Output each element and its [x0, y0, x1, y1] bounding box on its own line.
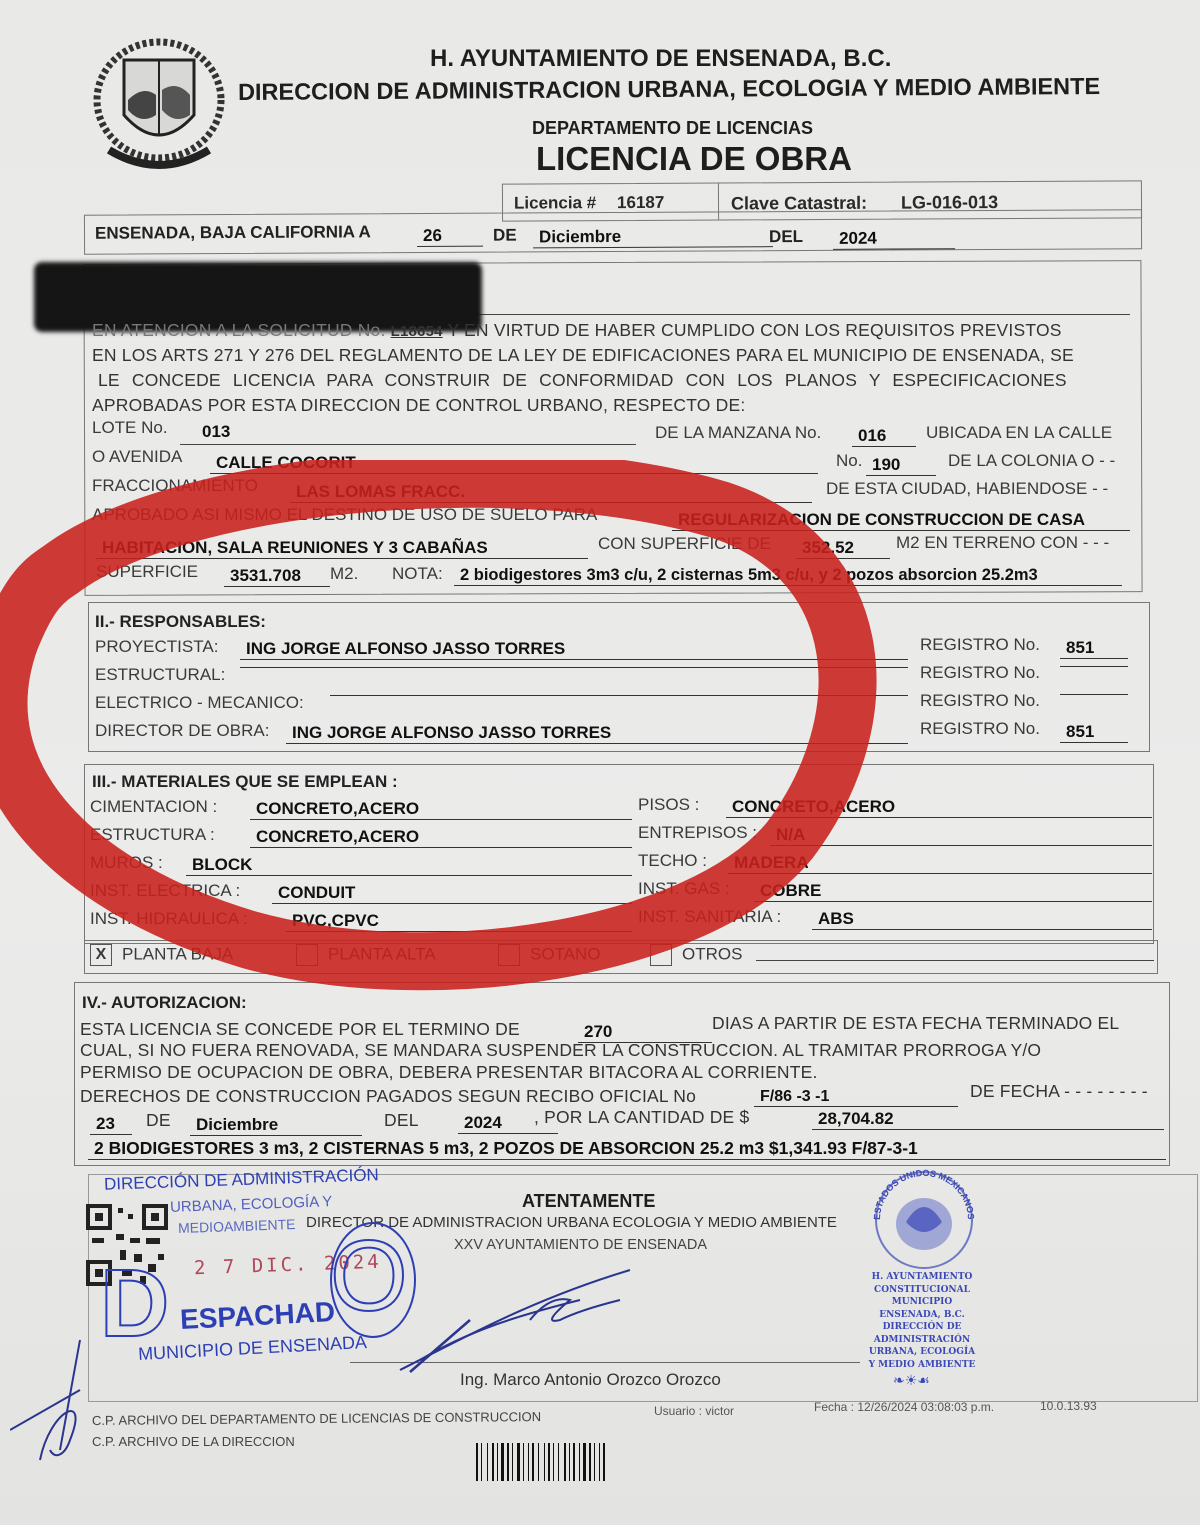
- material-label: ESTRUCTURA :: [90, 825, 215, 845]
- cantidad-value: 28,704.82: [812, 1109, 1164, 1130]
- material-value: MADERA: [728, 853, 1152, 874]
- date-de: DE: [493, 226, 517, 246]
- level-checkbox[interactable]: XPLANTA BAJA: [90, 944, 233, 966]
- registro-value: [1060, 694, 1128, 695]
- level-checkbox[interactable]: SOTANO: [498, 944, 601, 966]
- superficie-label: CON SUPERFICIE DE: [598, 534, 771, 554]
- autorizacion-line-2: CUAL, SI NO FUERA RENOVADA, SE MANDARA S…: [80, 1040, 1041, 1061]
- uso-suelo-value-2: HABITACION, SALA REUNIONES Y 3 CABAÑAS: [96, 538, 588, 559]
- material-label: ENTREPISOS :: [638, 823, 757, 843]
- ubicada-label: UBICADA EN LA CALLE: [926, 423, 1112, 443]
- paragraph-line-4: APROBADAS POR ESTA DIRECCION DE CONTROL …: [92, 395, 745, 416]
- checkbox[interactable]: [296, 944, 318, 966]
- lote-label: LOTE No.: [92, 418, 168, 438]
- level-checkbox[interactable]: OTROS: [650, 944, 742, 966]
- responsable-name: [330, 695, 908, 696]
- material-label: PISOS :: [638, 795, 699, 815]
- superficie-value: 352.52: [796, 538, 890, 559]
- cantidad-label: , POR LA CANTIDAD DE $: [534, 1107, 749, 1128]
- superficie-terreno-label: SUPERFICIE: [96, 562, 198, 582]
- seal-line: MUNICIPIO: [862, 1296, 982, 1309]
- ip-address: 10.0.13.93: [1040, 1399, 1097, 1413]
- lote-underline: [180, 444, 636, 445]
- page-title: LICENCIA DE OBRA: [536, 140, 852, 178]
- nota-value: 2 biodigestores 3m3 c/u, 2 cisternas 5m3…: [454, 566, 1122, 586]
- atentamente: ATENTAMENTE: [522, 1191, 655, 1212]
- registro-label: REGISTRO No.: [920, 635, 1040, 655]
- fraccionamiento-label: FRACCIONAMIENTO: [92, 476, 258, 496]
- material-value: CONCRETO,ACERO: [250, 827, 632, 848]
- manzana-label: DE LA MANZANA No.: [655, 423, 821, 443]
- section-4-title: IV.- AUTORIZACION:: [82, 993, 247, 1013]
- pago-day: 23: [90, 1114, 132, 1135]
- registro-label: REGISTRO No.: [920, 691, 1040, 711]
- fraccionamiento-value: LAS LOMAS FRACC.: [290, 482, 812, 503]
- solicitud-line: EN ATENCION A LA SOLICITUD No. L18654 Y …: [92, 320, 1062, 341]
- licencia-label: Licencia #: [514, 193, 596, 213]
- uso-suelo-value-1: REGULARIZACION DE CONSTRUCCION DE CASA: [672, 510, 1130, 531]
- recibo-fecha-label: DE FECHA - - - - - - - -: [970, 1081, 1148, 1102]
- solicitud-number: L18654: [391, 323, 443, 340]
- section-3-title: III.- MATERIALES QUE SE EMPLEAN :: [92, 772, 398, 792]
- cc-archivo-direccion: C.P. ARCHIVO DE LA DIRECCION: [92, 1434, 295, 1449]
- usuario-label: Usuario : victor: [654, 1404, 734, 1418]
- material-label: INST. ELECTRICA :: [90, 881, 240, 901]
- solicitud-label: EN ATENCION A LA SOLICITUD No.: [92, 320, 386, 340]
- pago-de: DE: [146, 1110, 171, 1131]
- ayuntamiento-name: XXV AYUNTAMIENTO DE ENSENADA: [454, 1237, 707, 1253]
- material-label: INST. SANITARIA :: [638, 907, 781, 927]
- responsable-label: DIRECTOR DE OBRA:: [95, 721, 269, 741]
- level-label: SOTANO: [530, 944, 601, 963]
- seal-line: URBANA, ECOLOGÍA: [862, 1346, 982, 1359]
- date-day: 26: [417, 226, 483, 247]
- official-seal-icon: ESTADOS UNIDOS MEXICANOS: [866, 1162, 982, 1270]
- stamp-big-d: D: [100, 1256, 169, 1352]
- level-label: PLANTA BAJA: [122, 944, 233, 963]
- material-value: COBRE: [754, 881, 1152, 902]
- uso-suelo-label: APROBADO ASI MISMO EL DESTINO DE USO DE …: [92, 505, 597, 525]
- checkbox[interactable]: [498, 944, 520, 966]
- license-document: H. AYUNTAMIENTO DE ENSENADA, B.C. DIRECC…: [0, 0, 1200, 1525]
- seal-text: H. AYUNTAMIENTOCONSTITUCIONALMUNICIPIOEN…: [862, 1271, 982, 1371]
- responsable-name: [240, 667, 908, 668]
- superficie-terreno-value: 3531.708: [224, 566, 330, 587]
- header-line-1: H. AYUNTAMIENTO DE ENSENADA, B.C.: [430, 45, 891, 73]
- responsable-label: PROYECTISTA:: [95, 637, 218, 657]
- material-value: CONCRETO,ACERO: [726, 797, 1152, 818]
- ciudad-label: DE ESTA CIUDAD, HABIENDOSE - -: [826, 479, 1108, 499]
- checkbox[interactable]: [650, 944, 672, 966]
- header-department: DEPARTAMENTO DE LICENCIAS: [532, 118, 813, 139]
- paragraph-line-2: EN LOS ARTS 271 Y 276 DEL REGLAMENTO DE …: [92, 345, 1074, 366]
- checkbox[interactable]: X: [90, 944, 112, 966]
- terreno-label: M2 EN TERRENO CON - - -: [896, 533, 1109, 553]
- seal-ornament-icon: ❧☀☙: [893, 1372, 930, 1389]
- material-label: MUROS :: [90, 853, 163, 873]
- section-2-title: II.- RESPONSABLES:: [95, 612, 266, 632]
- recibo-label: DERECHOS DE CONSTRUCCION PAGADOS SEGUN R…: [80, 1086, 696, 1107]
- stamp-o-ring: [330, 1222, 416, 1338]
- seal-line: CONSTITUCIONAL: [862, 1284, 982, 1297]
- responsable-name: ING JORGE ALFONSO JASSO TORRES: [240, 639, 908, 660]
- m2-label: M2.: [330, 564, 358, 584]
- date-del: DEL: [769, 227, 803, 247]
- material-value: CONDUIT: [272, 883, 632, 904]
- numero-value: 190: [866, 455, 936, 476]
- avenida-label: O AVENIDA: [92, 447, 182, 467]
- registro-value: 851: [1060, 638, 1128, 659]
- date-prefix: ENSENADA, BAJA CALIFORNIA A: [95, 222, 371, 243]
- colonia-label: DE LA COLONIA O - -: [948, 451, 1115, 471]
- responsable-name: ING JORGE ALFONSO JASSO TORRES: [286, 723, 908, 744]
- fecha-impresion: Fecha : 12/26/2024 03:08:03 p.m.: [814, 1400, 994, 1414]
- registro-value: 851: [1060, 722, 1128, 743]
- material-label: INST. GAS :: [638, 879, 730, 899]
- seal-line: Y MEDIO AMBIENTE: [862, 1359, 982, 1372]
- date-row: ENSENADA, BAJA CALIFORNIA A 26 DE Diciem…: [84, 209, 1142, 255]
- seal-line: DIRECCIÓN DE: [862, 1321, 982, 1334]
- termino-line-a: ESTA LICENCIA SE CONCEDE POR EL TERMINO …: [80, 1019, 520, 1040]
- paragraph-line-3: LE CONCEDE LICENCIA PARA CONSTRUIR DE CO…: [98, 370, 1067, 391]
- extra-charges-line: 2 BIODIGESTORES 3 m3, 2 CISTERNAS 5 m3, …: [88, 1138, 1166, 1160]
- responsable-label: ESTRUCTURAL:: [95, 665, 225, 685]
- material-label: TECHO :: [638, 851, 707, 871]
- material-value: ABS: [812, 909, 1152, 930]
- levels-row: [84, 940, 1158, 974]
- date-year: 2024: [833, 228, 955, 250]
- manzana-value: 016: [852, 426, 916, 447]
- termino-line-b: DIAS A PARTIR DE ESTA FECHA TERMINADO EL: [712, 1013, 1119, 1034]
- pago-month: Diciembre: [190, 1115, 362, 1136]
- nota-label: NOTA:: [392, 564, 443, 584]
- responsable-label: ELECTRICO - MECANICO:: [95, 693, 304, 713]
- margin-signature-icon: [10, 1330, 100, 1470]
- lote-value: 013: [196, 422, 638, 442]
- cc-archivo-departamento: C.P. ARCHIVO DEL DEPARTAMENTO DE LICENCI…: [92, 1409, 541, 1428]
- recibo-value: F/86 -3 -1: [754, 1088, 958, 1107]
- material-value: PVC,CPVC: [286, 911, 632, 932]
- date-month: Diciembre: [533, 226, 773, 248]
- pago-del: DEL: [384, 1110, 419, 1131]
- level-checkbox[interactable]: PLANTA ALTA: [296, 944, 436, 966]
- material-value: N/A: [770, 825, 1152, 846]
- seal-line: ADMINISTRACIÓN: [862, 1334, 982, 1347]
- seal-line: H. AYUNTAMIENTO: [862, 1271, 982, 1284]
- paragraph-line-1: Y EN VIRTUD DE HABER CUMPLIDO CON LOS RE…: [447, 320, 1061, 340]
- autorizacion-line-3: PERMISO DE OCUPACION DE OBRA, DEBERA PRE…: [80, 1062, 818, 1083]
- registro-label: REGISTRO No.: [920, 663, 1040, 683]
- material-label: CIMENTACION :: [90, 797, 217, 817]
- barcode-icon: [476, 1443, 654, 1481]
- numero-label: No.: [836, 451, 862, 471]
- level-label: PLANTA ALTA: [328, 944, 436, 963]
- header-line-2: DIRECCION DE ADMINISTRACION URBANA, ECOL…: [238, 73, 1100, 106]
- registro-value: [1060, 666, 1128, 667]
- otros-underline: [756, 960, 1154, 961]
- material-value: CONCRETO,ACERO: [250, 799, 632, 820]
- coat-of-arms-icon: [84, 30, 234, 180]
- material-value: BLOCK: [186, 855, 632, 876]
- level-label: OTROS: [682, 944, 742, 963]
- signature-icon: [380, 1260, 650, 1380]
- registro-label: REGISTRO No.: [920, 719, 1040, 739]
- avenida-value: CALLE COCORIT: [210, 453, 818, 474]
- licencia-number: 16187: [617, 193, 664, 213]
- material-label: INST. HIDRAULICA :: [90, 909, 248, 929]
- seal-line: ENSENADA, B.C.: [862, 1309, 982, 1322]
